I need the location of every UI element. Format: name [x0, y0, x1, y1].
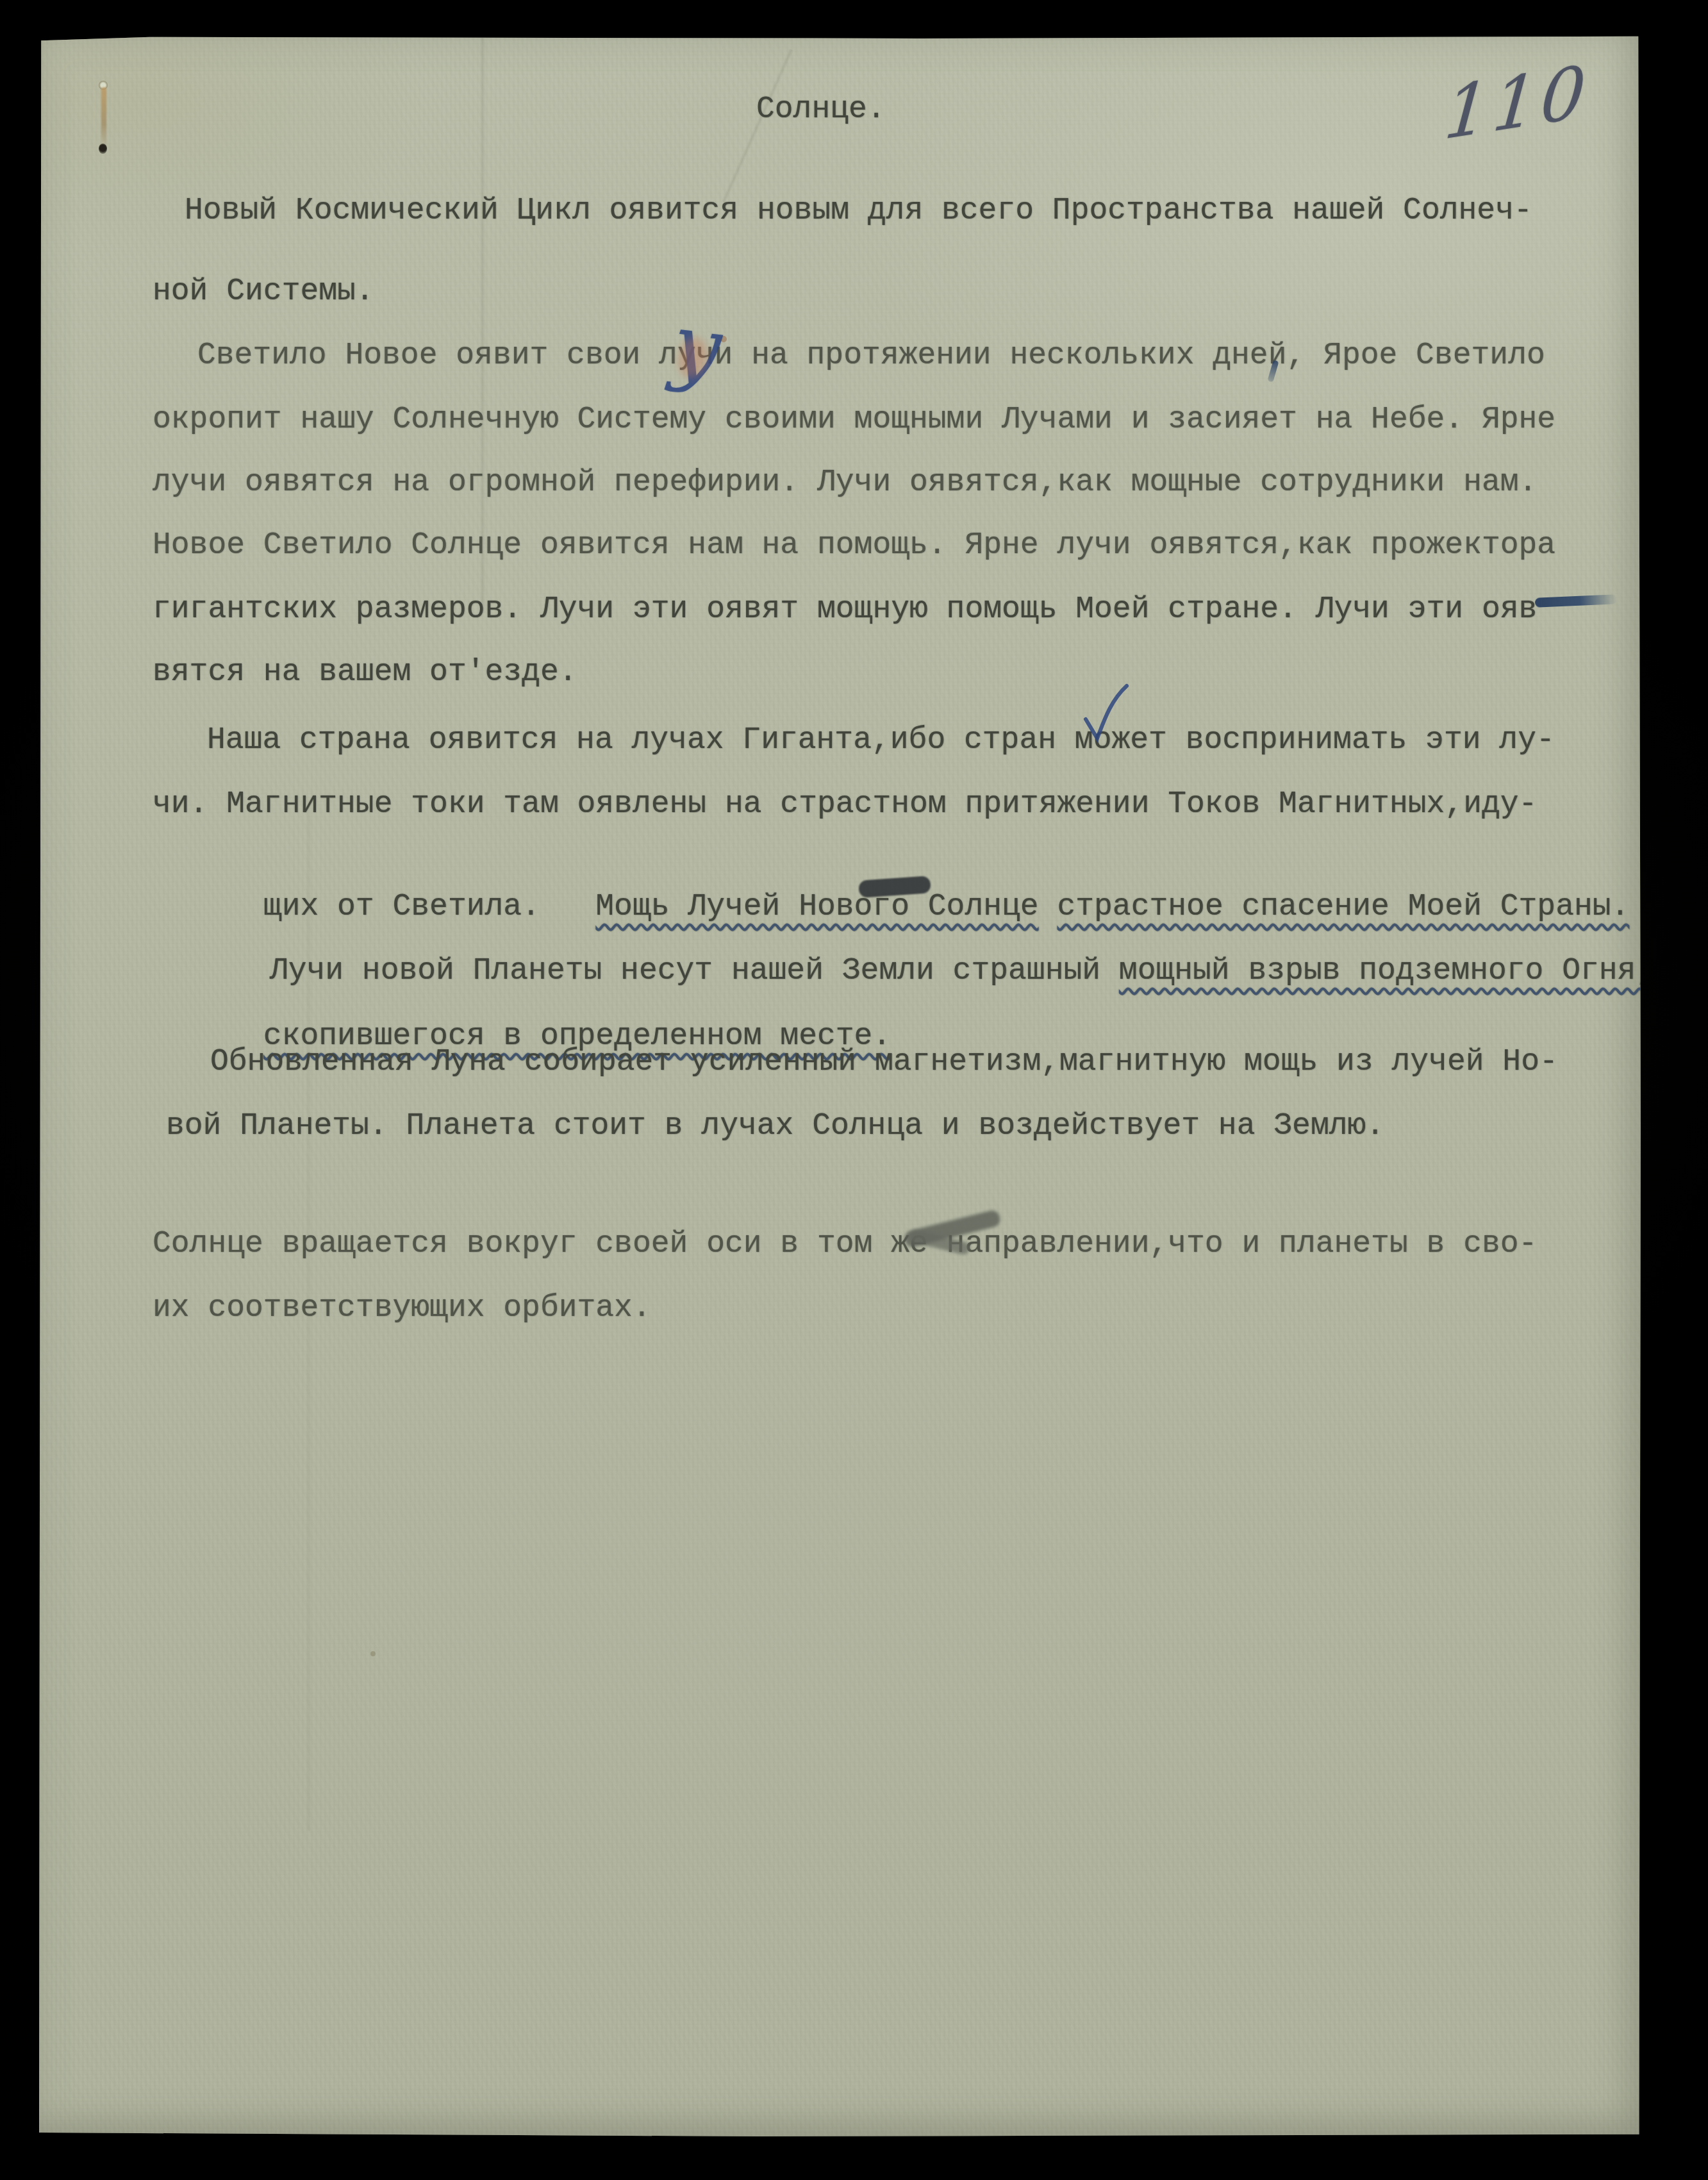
typed-line: Светило Новое оявит свои лучи на протяже…: [197, 337, 1545, 374]
typed-line: вятся на вашем от'езде.: [153, 654, 577, 691]
page-number: 110: [1441, 49, 1593, 156]
rust-streak-flaw: [101, 87, 106, 149]
typed-line: Наша страна оявится на лучах Гиганта,ибо…: [207, 722, 1555, 759]
typed-line: Обновленная Луна собирает усиленный магн…: [210, 1044, 1558, 1081]
typed-line: гигантских размеров. Лучи эти оявят мощн…: [153, 591, 1537, 628]
underlined-phrase: мощный взрыв подземного Огня,: [1119, 954, 1654, 988]
typed-line: окропит нашу Солнечную Систему своими мо…: [153, 401, 1555, 438]
typed-line: Новый Космический Цикл оявится новым для…: [185, 192, 1532, 229]
typed-line: чи. Магнитные токи там оявлены на страст…: [153, 786, 1537, 823]
typed-line: ной Системы.: [153, 273, 374, 310]
typed-line: Солнце вращается вокруг своей оси в том …: [153, 1226, 1537, 1263]
document-title: Солнце.: [756, 91, 886, 128]
pinhole-dark-flaw: [99, 144, 107, 154]
paper-speck: [370, 1651, 376, 1656]
typed-line: вой Планеты. Планета стоит в лучах Солнц…: [166, 1108, 1384, 1145]
ink-insertion-caret: [1082, 682, 1132, 749]
typed-line: Новое Светило Солнце оявится нам на помо…: [153, 527, 1555, 564]
paper-crease: [479, 36, 486, 613]
ink-dash-mark: [1535, 594, 1618, 608]
typed-line: их соответствующих орбитах.: [153, 1290, 651, 1327]
scan-background: 110 Солнце. Новый Космический Цикл оявит…: [0, 0, 1708, 2180]
document-page: 110 Солнце. Новый Космический Цикл оявит…: [37, 36, 1641, 2136]
typed-line: лучи оявятся на огромной перефирии. Лучи…: [153, 464, 1537, 501]
